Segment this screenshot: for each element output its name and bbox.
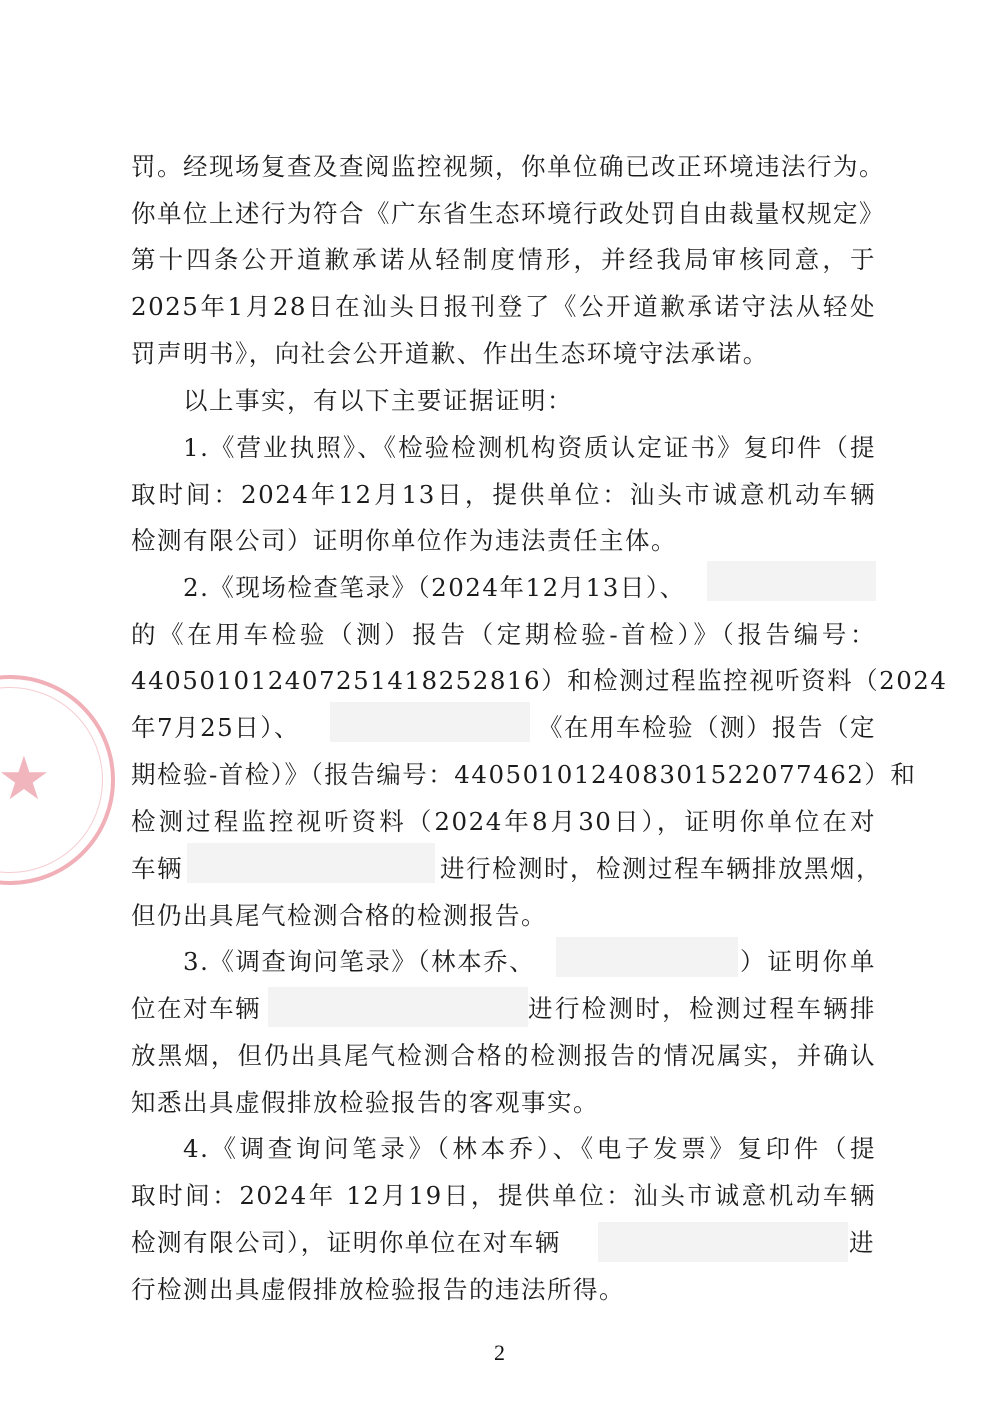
evidence-item-1: 1.《营业执照》、《检验检测机构资质认定证书》复印件（提: [183, 428, 876, 468]
document-page: ★ 罚。经现场复查及查阅监控视频，你单位确已改正环境违法行为。 你单位上述行为符…: [0, 0, 999, 1413]
official-seal-stamp: ★: [0, 675, 115, 885]
text-line: 检测有限公司）证明你单位作为违法责任主体。: [131, 521, 876, 561]
text-line: 你单位上述行为符合《广东省生态环境行政处罚自由裁量权规定》: [131, 194, 876, 234]
text-line: 取时间：2024年 12月19日，提供单位：汕头市诚意机动车辆: [131, 1176, 876, 1216]
text-line: 检测过程监控视听资料（2024年8月30日），证明你单位在对: [131, 802, 876, 842]
redaction-box: [330, 702, 530, 742]
text-line: 的《在用车检验（测）报告（定期检验-首检）》（报告编号：: [131, 615, 876, 655]
text-line: 进: [849, 1223, 879, 1263]
text-line: 2025年1月28日在汕头日报刊登了《公开道歉承诺守法从轻处: [131, 287, 876, 327]
redaction-box: [187, 843, 435, 883]
text-line: 位在对车辆: [131, 989, 271, 1029]
text-line: 行检测出具虚假排放检验报告的违法所得。: [131, 1270, 876, 1310]
text-line: 车辆: [131, 849, 191, 889]
text-line: 取时间：2024年12月13日，提供单位：汕头市诚意机动车辆: [131, 475, 876, 515]
text-line: 放黑烟，但仍出具尾气检测合格的检测报告的情况属实，并确认: [131, 1036, 876, 1076]
text-line: 期检验-首检）》（报告编号：440501012408301522077462）和: [131, 755, 876, 795]
redaction-box: [556, 937, 738, 977]
text-line: 罚声明书》，向社会公开道歉、作出生态环境守法承诺。: [131, 334, 876, 374]
text-line: 检测有限公司），证明你单位在对车辆: [131, 1223, 591, 1263]
evidence-item-4: 4.《调查询问笔录》（林本乔）、《电子发票》复印件（提: [183, 1129, 876, 1169]
text-line: 进行检测时，检测过程车辆排: [528, 989, 876, 1029]
section-heading: 以上事实，有以下主要证据证明：: [183, 381, 876, 421]
text-line: 44050101240725141825281​6）和检测过程监控视听资料（20…: [131, 661, 876, 701]
text-line: 进行检测时，检测过程车辆排放黑烟，: [440, 849, 876, 889]
text-line: 第十四条公开道歉承诺从轻制度情形，并经我局审核同意，于: [131, 240, 876, 280]
text-line: ）证明你单: [740, 942, 876, 982]
text-line: 知悉出具虚假排放检验报告的客观事实。: [131, 1083, 876, 1123]
redaction-box: [268, 987, 528, 1027]
text-line: 罚。经现场复查及查阅监控视频，你单位确已改正环境违法行为。: [131, 147, 876, 187]
evidence-item-3: 3.《调查询问笔录》（林本乔、: [183, 942, 563, 982]
text-line: 但仍出具尾气检测合格的检测报告。: [131, 896, 876, 936]
text-line: 年7月25日）、: [131, 708, 331, 748]
page-number: 2: [0, 1340, 999, 1366]
redaction-box: [598, 1222, 848, 1262]
text-line: 《在用车检验（测）报告（定: [538, 708, 876, 748]
star-icon: ★: [0, 749, 51, 809]
redaction-box: [707, 561, 876, 601]
